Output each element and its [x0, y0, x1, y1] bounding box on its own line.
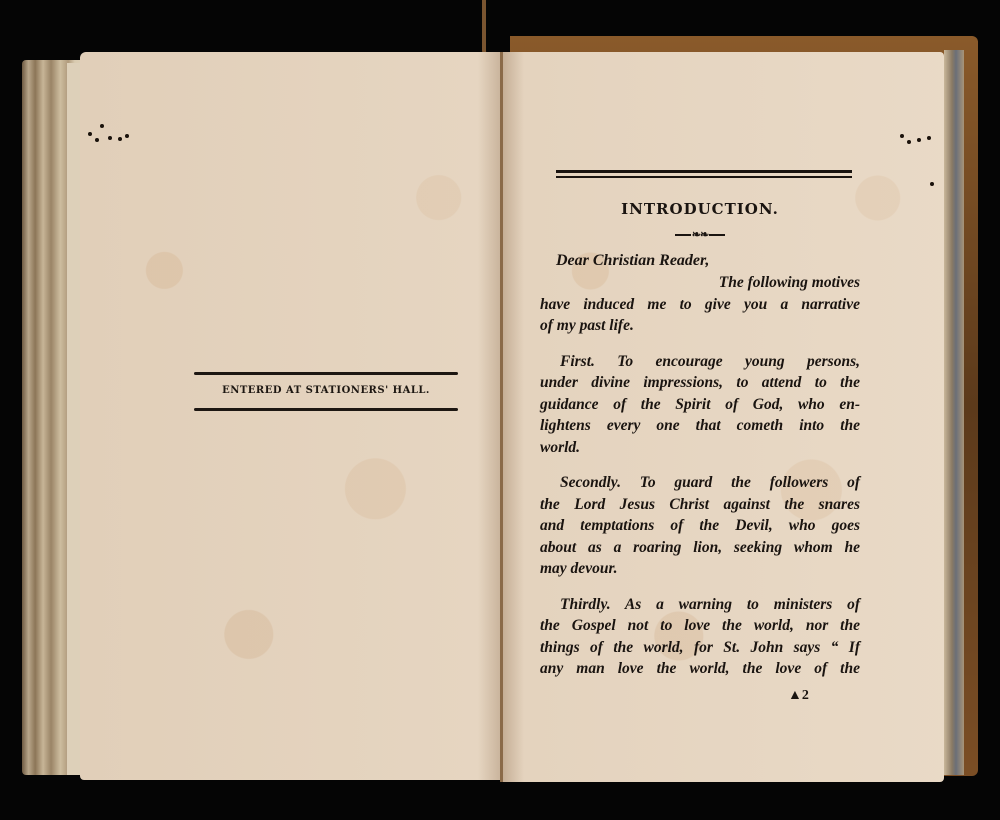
text-line: First. To encourage young persons, — [540, 351, 860, 373]
salutation: Dear Christian Reader, — [556, 252, 860, 270]
text-line: of my past life. — [540, 315, 860, 337]
text-line: the Lord Jesus Christ against the snares — [540, 494, 860, 516]
text-line: Secondly. To guard the followers of — [540, 472, 860, 494]
right-page-stack — [944, 50, 964, 775]
imprint-text: ENTERED AT STATIONERS' HALL. — [194, 385, 458, 396]
chapter-heading: INTRODUCTION. — [540, 200, 860, 218]
text-line: the Gospel not to love the world, nor th… — [540, 615, 860, 637]
paragraph-secondly: Secondly. To guard the followers of the … — [540, 472, 860, 580]
rule — [194, 408, 458, 411]
double-rule — [556, 170, 852, 178]
wormhole — [95, 138, 99, 142]
paragraph-intro: The following motives have induced me to… — [540, 272, 860, 337]
wormhole — [917, 138, 921, 142]
wormhole — [108, 136, 112, 140]
wormhole — [907, 140, 911, 144]
text-line: things of the world, for St. John says “… — [540, 637, 860, 659]
text-line: about as a roaring lion, seeking whom he — [540, 537, 860, 559]
left-page — [80, 52, 502, 780]
text-line: guidance of the Spirit of God, who en- — [540, 394, 860, 416]
wormhole — [88, 132, 92, 136]
ornament-divider: ❧❧ — [540, 224, 860, 238]
text-line: and temptations of the Devil, who goes — [540, 515, 860, 537]
text-line: may devour. — [540, 558, 860, 580]
text-line: world. — [540, 437, 860, 459]
ornament-icon: ❧❧ — [692, 228, 708, 241]
wormhole — [927, 136, 931, 140]
book-gutter — [500, 52, 503, 782]
text-line: The following motives — [540, 272, 860, 294]
text-line: lightens every one that cometh into the — [540, 415, 860, 437]
paragraph-first: First. To encourage young persons, under… — [540, 351, 860, 459]
bookmark-string — [482, 0, 506, 60]
signature-mark: ▲2 — [788, 688, 809, 704]
right-page-content: INTRODUCTION. ❧❧ Dear Christian Reader, … — [540, 170, 860, 680]
text-line: have induced me to give you a narrative — [540, 294, 860, 316]
wormhole — [900, 134, 904, 138]
text-line: any man love the world, the love of the — [540, 658, 860, 680]
imprint-block: ENTERED AT STATIONERS' HALL. — [194, 372, 458, 411]
paragraph-thirdly: Thirdly. As a warning to ministers of th… — [540, 594, 860, 680]
wormhole — [100, 124, 104, 128]
text-line: under divine impressions, to attend to t… — [540, 372, 860, 394]
wormhole — [930, 182, 934, 186]
wormhole — [125, 134, 129, 138]
text-line: Thirdly. As a warning to ministers of — [540, 594, 860, 616]
rule — [194, 372, 458, 375]
wormhole — [118, 137, 122, 141]
